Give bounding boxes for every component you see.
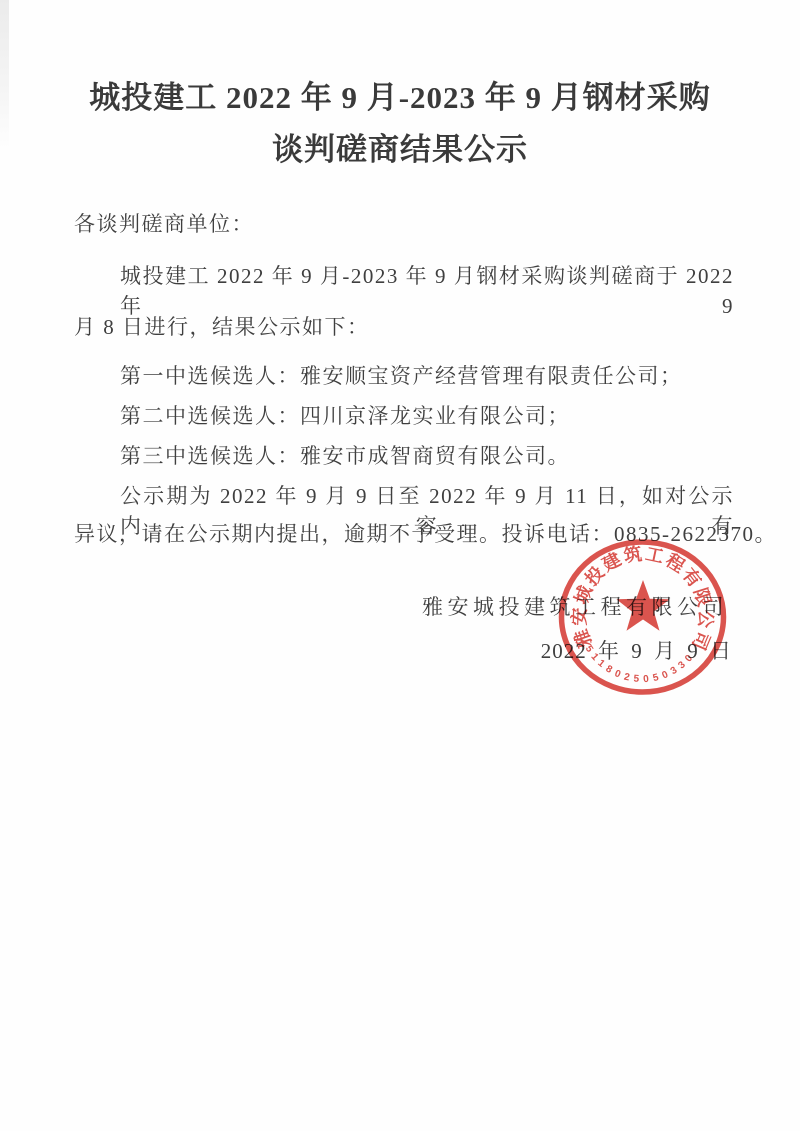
document-page: 城投建工 2022 年 9 月-2023 年 9 月钢材采购 谈判磋商结果公示 … [0,0,800,1131]
seal-star-icon [616,580,669,631]
title-line-1: 城投建工 2022 年 9 月-2023 年 9 月钢材采购 [0,72,800,124]
company-seal-stamp: 雅安城投建筑工程有限公司 5118025050330 [557,539,728,697]
body-line-candidate-2: 第二中选候选人：四川京泽龙实业有限公司； [74,401,734,431]
body-line: 月 8 日进行，结果公示如下： [74,312,734,342]
document-title: 城投建工 2022 年 9 月-2023 年 9 月钢材采购 谈判磋商结果公示 [0,72,800,176]
title-line-2: 谈判磋商结果公示 [0,124,800,176]
body-line-candidate-1: 第一中选候选人：雅安顺宝资产经营管理有限责任公司； [74,361,734,391]
body-line-candidate-3: 第三中选候选人：雅安市成智商贸有限公司。 [74,441,734,471]
body-line-salutation: 各谈判磋商单位： [74,209,734,239]
